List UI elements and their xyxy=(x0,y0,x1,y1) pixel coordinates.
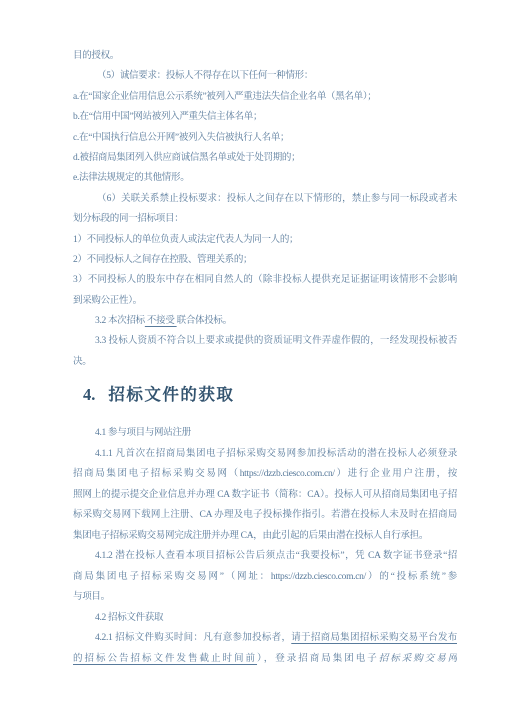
text-segment: 到采购公正性）。 xyxy=(73,296,142,306)
document-content: 目的授权。（5）诚信要求：投标人不得存在以下任何一种情形：a.在“国家企业信用信… xyxy=(73,46,457,669)
text-segment: 目的授权。 xyxy=(73,51,119,61)
underlined-text: 的招标公告招标文件发售截止时间前 xyxy=(73,654,257,664)
text-line: （5）诚信要求：投标人不得存在以下任何一种情形： xyxy=(73,66,457,86)
text-segment: e.法律法规规定的其他情形。 xyxy=(73,173,189,183)
text-block-top: 目的授权。（5）诚信要求：投标人不得存在以下任何一种情形：a.在“国家企业信用信… xyxy=(73,46,457,372)
text-segment: 4.1 参与项目与网站注册 xyxy=(95,428,191,438)
text-line: 决。 xyxy=(73,352,457,372)
text-line: c.在“中国执行信息公开网”被列入失信被执行人名单； xyxy=(73,128,457,148)
text-segment: 标采购交易网下载网上注册、CA 办理及电子投标操作指引。若潜在投标人未及时在招商… xyxy=(73,510,457,520)
section-number: 4. xyxy=(83,385,95,404)
text-line: 1）不同投标人的单位负责人或法定代表人为同一人的； xyxy=(73,230,457,250)
text-segment: ），登录招商局集团电子 xyxy=(257,654,379,664)
text-line: 4.1 参与项目与网站注册 xyxy=(73,423,457,444)
text-segment: 划分标段的同一招标项目： xyxy=(73,214,183,224)
text-line: e.法律法规规定的其他情形。 xyxy=(73,168,457,188)
text-segment: a.在“国家企业信用信息公示系统”被列入严重违法失信企业名单（黑名单）； xyxy=(73,92,376,102)
text-segment: 3）不同投标人的股东中存在相同自然人的（除非投标人提供充足证据证明该情形不会影响 xyxy=(73,275,457,285)
text-segment: d.被招商局集团列入供应商诚信黑名单或处于处罚期的； xyxy=(73,153,300,163)
text-line: 集团电子招标采购交易网完成注册并办理 CA，由此引起的后果由潜在投标人自行承担。 xyxy=(73,526,457,547)
text-line: b.在“信用中国”网站被列入严重失信主体名单； xyxy=(73,107,457,127)
text-line: 的招标公告招标文件发售截止时间前），登录招商局集团电子招标采购交易网 xyxy=(73,649,457,670)
text-line: 3.3 投标人资质不符合以上要求或提供的资质证明文件弄虚作假的，一经发现投标被否 xyxy=(73,331,457,351)
italic-text: 招标采购交易网 xyxy=(379,654,457,664)
text-line: 目的授权。 xyxy=(73,46,457,66)
text-line: a.在“国家企业信用信息公示系统”被列入严重违法失信企业名单（黑名单）； xyxy=(73,87,457,107)
section-heading: 4.招标文件的获取 xyxy=(83,381,457,408)
text-line: 2）不同投标人之间存在控股、管理关系的； xyxy=(73,250,457,270)
text-segment: c.在“中国执行信息公开网”被列入失信被执行人名单； xyxy=(73,133,289,143)
text-line: d.被招商局集团列入供应商诚信黑名单或处于处罚期的； xyxy=(73,148,457,168)
text-line: 招商局集团电子招标采购交易网（https://dzzb.ciesco.com.c… xyxy=(73,464,457,485)
text-segment: 2）不同投标人之间存在控股、管理关系的； xyxy=(73,255,252,265)
text-segment: （5）诚信要求：投标人不得存在以下任何一种情形： xyxy=(97,71,313,81)
text-segment: 1）不同投标人的单位负责人或法定代表人为同一人的； xyxy=(73,235,298,245)
text-segment: 招商局集团电子招标采购交易网（https://dzzb.ciesco.com.c… xyxy=(73,469,457,479)
text-line: 商局集团电子招标采购交易网”（网址：https://dzzb.ciesco.co… xyxy=(73,567,457,588)
text-segment: 3.2 本次招标 xyxy=(95,316,145,326)
document-page: 目的授权。（5）诚信要求：投标人不得存在以下任何一种情形：a.在“国家企业信用信… xyxy=(0,0,514,703)
text-line: 与项目。 xyxy=(73,587,457,608)
text-segment: 4.1.1 凡首次在招商局集团电子招标采购交易网参加投标活动的潜在投标人必须登录 xyxy=(95,449,457,459)
text-segment: 商局集团电子招标采购交易网”（网址：https://dzzb.ciesco.co… xyxy=(73,572,457,582)
underlined-text: 不接受 xyxy=(145,316,177,326)
text-line: 标采购交易网下载网上注册、CA 办理及电子投标操作指引。若潜在投标人未及时在招商… xyxy=(73,505,457,526)
text-segment: 4.1.2 潜在投标人查看本项目招标公告后须点击“我要投标”，凭 CA 数字证书… xyxy=(95,551,457,561)
text-line: 照网上的提示提交企业信息并办理 CA 数字证书（简称：CA）。投标人可从招商局集… xyxy=(73,485,457,506)
text-segment: 集团电子招标采购交易网完成注册并办理 CA，由此引起的后果由潜在投标人自行承担。 xyxy=(73,531,428,541)
text-segment: （6）关联关系禁止投标要求：投标人之间存在以下情形的，禁止参与同一标段或者未 xyxy=(97,194,457,204)
text-block-bottom: 4.1 参与项目与网站注册4.1.1 凡首次在招商局集团电子招标采购交易网参加投… xyxy=(73,423,457,669)
text-line: 4.1.2 潜在投标人查看本项目招标公告后须点击“我要投标”，凭 CA 数字证书… xyxy=(73,546,457,567)
text-line: 到采购公正性）。 xyxy=(73,291,457,311)
text-segment: 与项目。 xyxy=(73,592,110,602)
text-line: 4.1.1 凡首次在招商局集团电子招标采购交易网参加投标活动的潜在投标人必须登录 xyxy=(73,444,457,465)
text-line: 4.2.1 招标文件购买时间：凡有意参加投标者，请于招商局集团招标采购交易平台发… xyxy=(73,628,457,649)
text-segment: 4.2.1 招标文件购买时间：凡有意参加投标者， xyxy=(95,633,291,643)
text-line: 划分标段的同一招标项目： xyxy=(73,209,457,229)
text-segment: 3.3 投标人资质不符合以上要求或提供的资质证明文件弄虚作假的，一经发现投标被否 xyxy=(95,336,457,346)
text-segment: 联合体投标。 xyxy=(177,316,232,326)
text-line: 3.2 本次招标 不接受 联合体投标。 xyxy=(73,311,457,331)
text-segment: b.在“信用中国”网站被列入严重失信主体名单； xyxy=(73,112,262,122)
text-line: 3）不同投标人的股东中存在相同自然人的（除非投标人提供充足证据证明该情形不会影响 xyxy=(73,270,457,290)
section-title: 招标文件的获取 xyxy=(108,385,234,404)
text-line: 4.2 招标文件获取 xyxy=(73,608,457,629)
text-segment: 决。 xyxy=(73,357,91,367)
text-segment: 4.2 招标文件获取 xyxy=(95,613,163,623)
text-segment: 照网上的提示提交企业信息并办理 CA 数字证书（简称：CA）。投标人可从招商局集… xyxy=(73,490,457,500)
underlined-text: 请于招商局集团招标采购交易平台发布 xyxy=(291,633,457,643)
text-line: （6）关联关系禁止投标要求：投标人之间存在以下情形的，禁止参与同一标段或者未 xyxy=(73,189,457,209)
